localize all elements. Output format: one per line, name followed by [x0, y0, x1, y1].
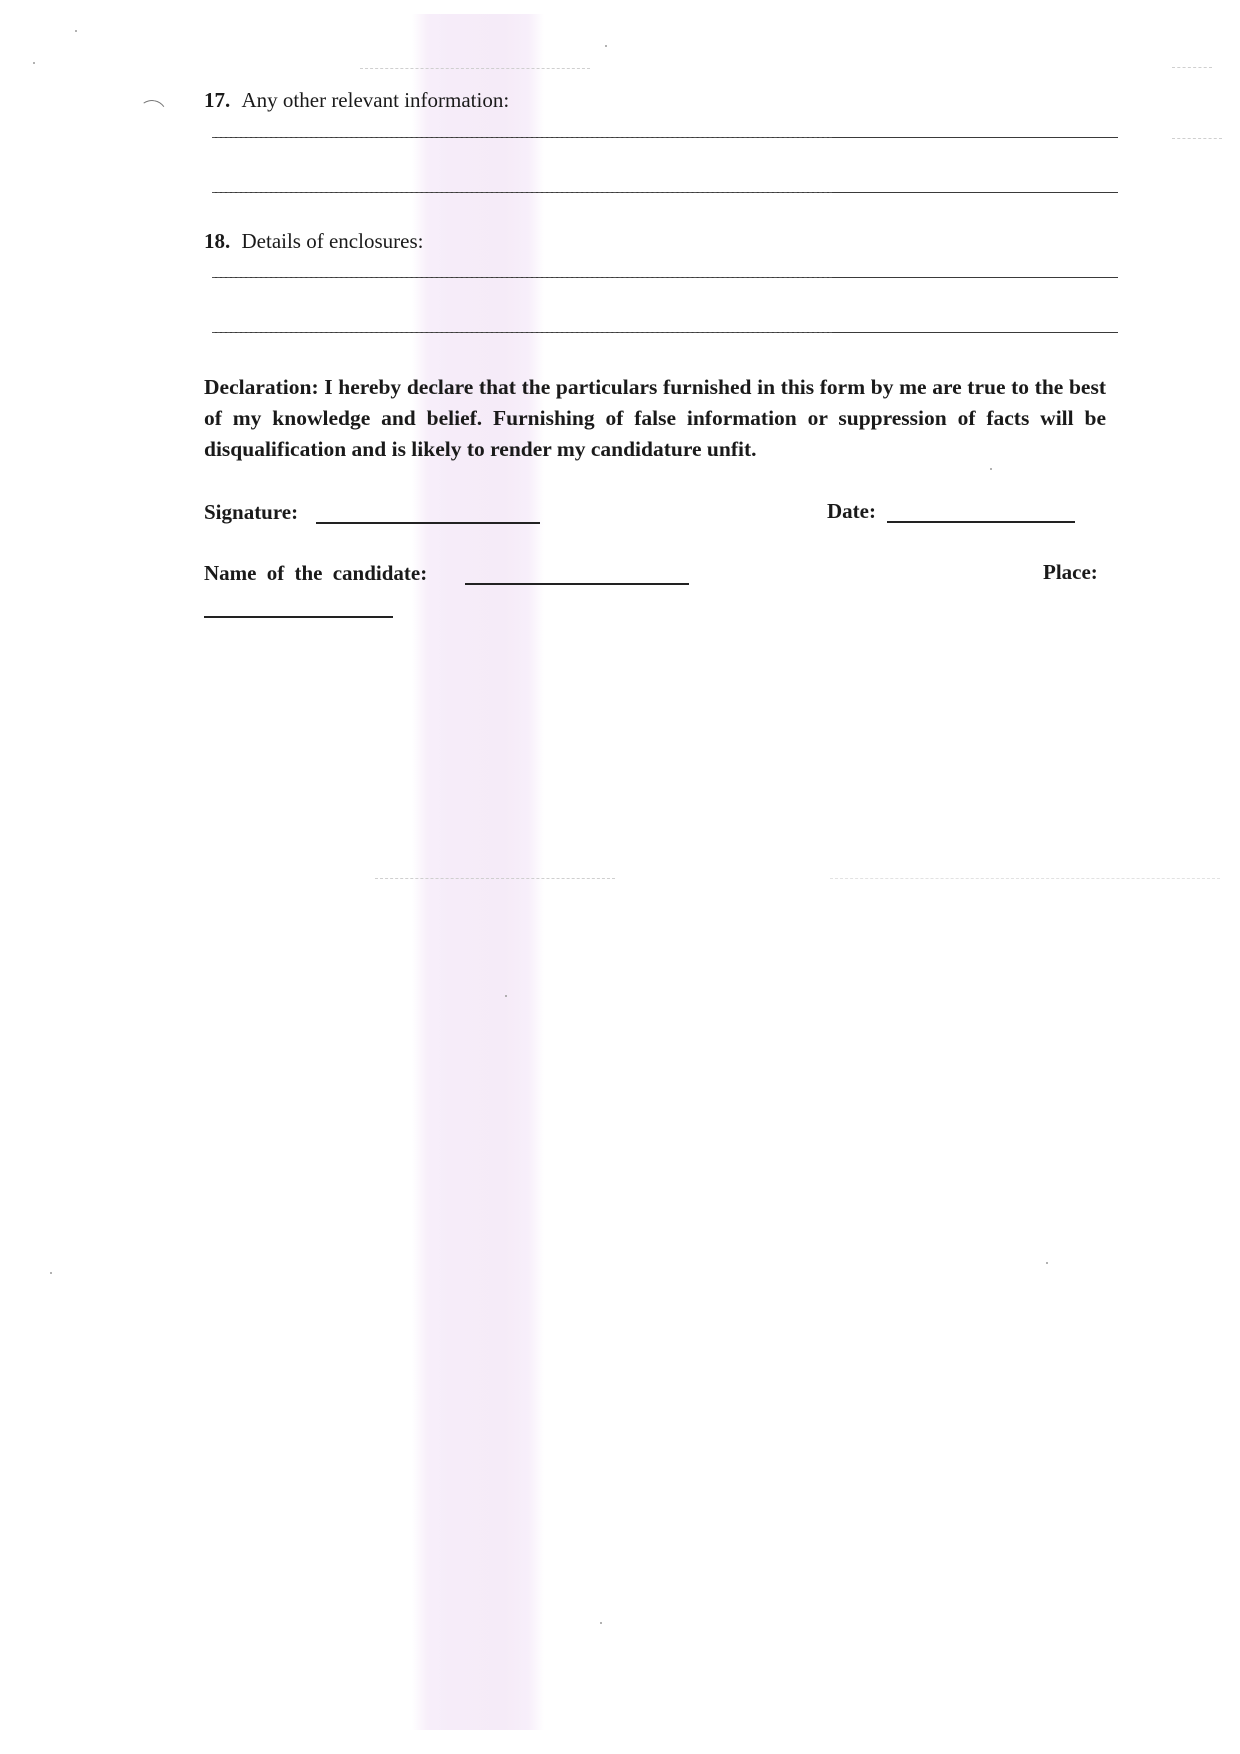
fold-mark-right: [1172, 138, 1222, 139]
enclosures-line-2[interactable]: [212, 332, 1118, 333]
date-label: Date:: [827, 501, 876, 522]
speck: [75, 30, 77, 32]
scan-artifact-band: [412, 14, 544, 1730]
speck: [600, 1622, 602, 1624]
enclosures-line-1[interactable]: [212, 277, 1118, 278]
candidate-name-field[interactable]: [465, 583, 689, 585]
other-info-line-2[interactable]: [212, 192, 1118, 193]
item-label: Any other relevant information:: [242, 88, 510, 112]
speck: [1046, 1262, 1048, 1264]
other-info-line-1[interactable]: [212, 137, 1118, 138]
candidate-name-label: Name of the candidate:: [204, 563, 427, 584]
fold-mark-middle-left: [375, 878, 615, 879]
signature-label: Signature:: [204, 502, 298, 523]
item-number: 18.: [204, 229, 230, 253]
fold-mark-top-right: [1172, 67, 1212, 68]
speck: [990, 468, 992, 470]
hole-punch-mark: [135, 98, 170, 133]
declaration-text: Declaration: I hereby declare that the p…: [204, 372, 1106, 465]
speck: [33, 62, 35, 64]
speck: [605, 45, 607, 47]
place-label: Place:: [1043, 562, 1098, 583]
fold-mark-top: [360, 68, 590, 69]
item-17: 17. Any other relevant information:: [204, 90, 509, 111]
speck: [50, 1272, 52, 1274]
item-number: 17.: [204, 88, 230, 112]
item-label: Details of enclosures:: [242, 229, 424, 253]
date-field[interactable]: [887, 521, 1075, 523]
item-18: 18. Details of enclosures:: [204, 231, 423, 252]
signature-field[interactable]: [316, 522, 540, 524]
place-field[interactable]: [204, 616, 393, 618]
fold-mark-middle-right: [830, 878, 1220, 879]
speck: [505, 995, 507, 997]
